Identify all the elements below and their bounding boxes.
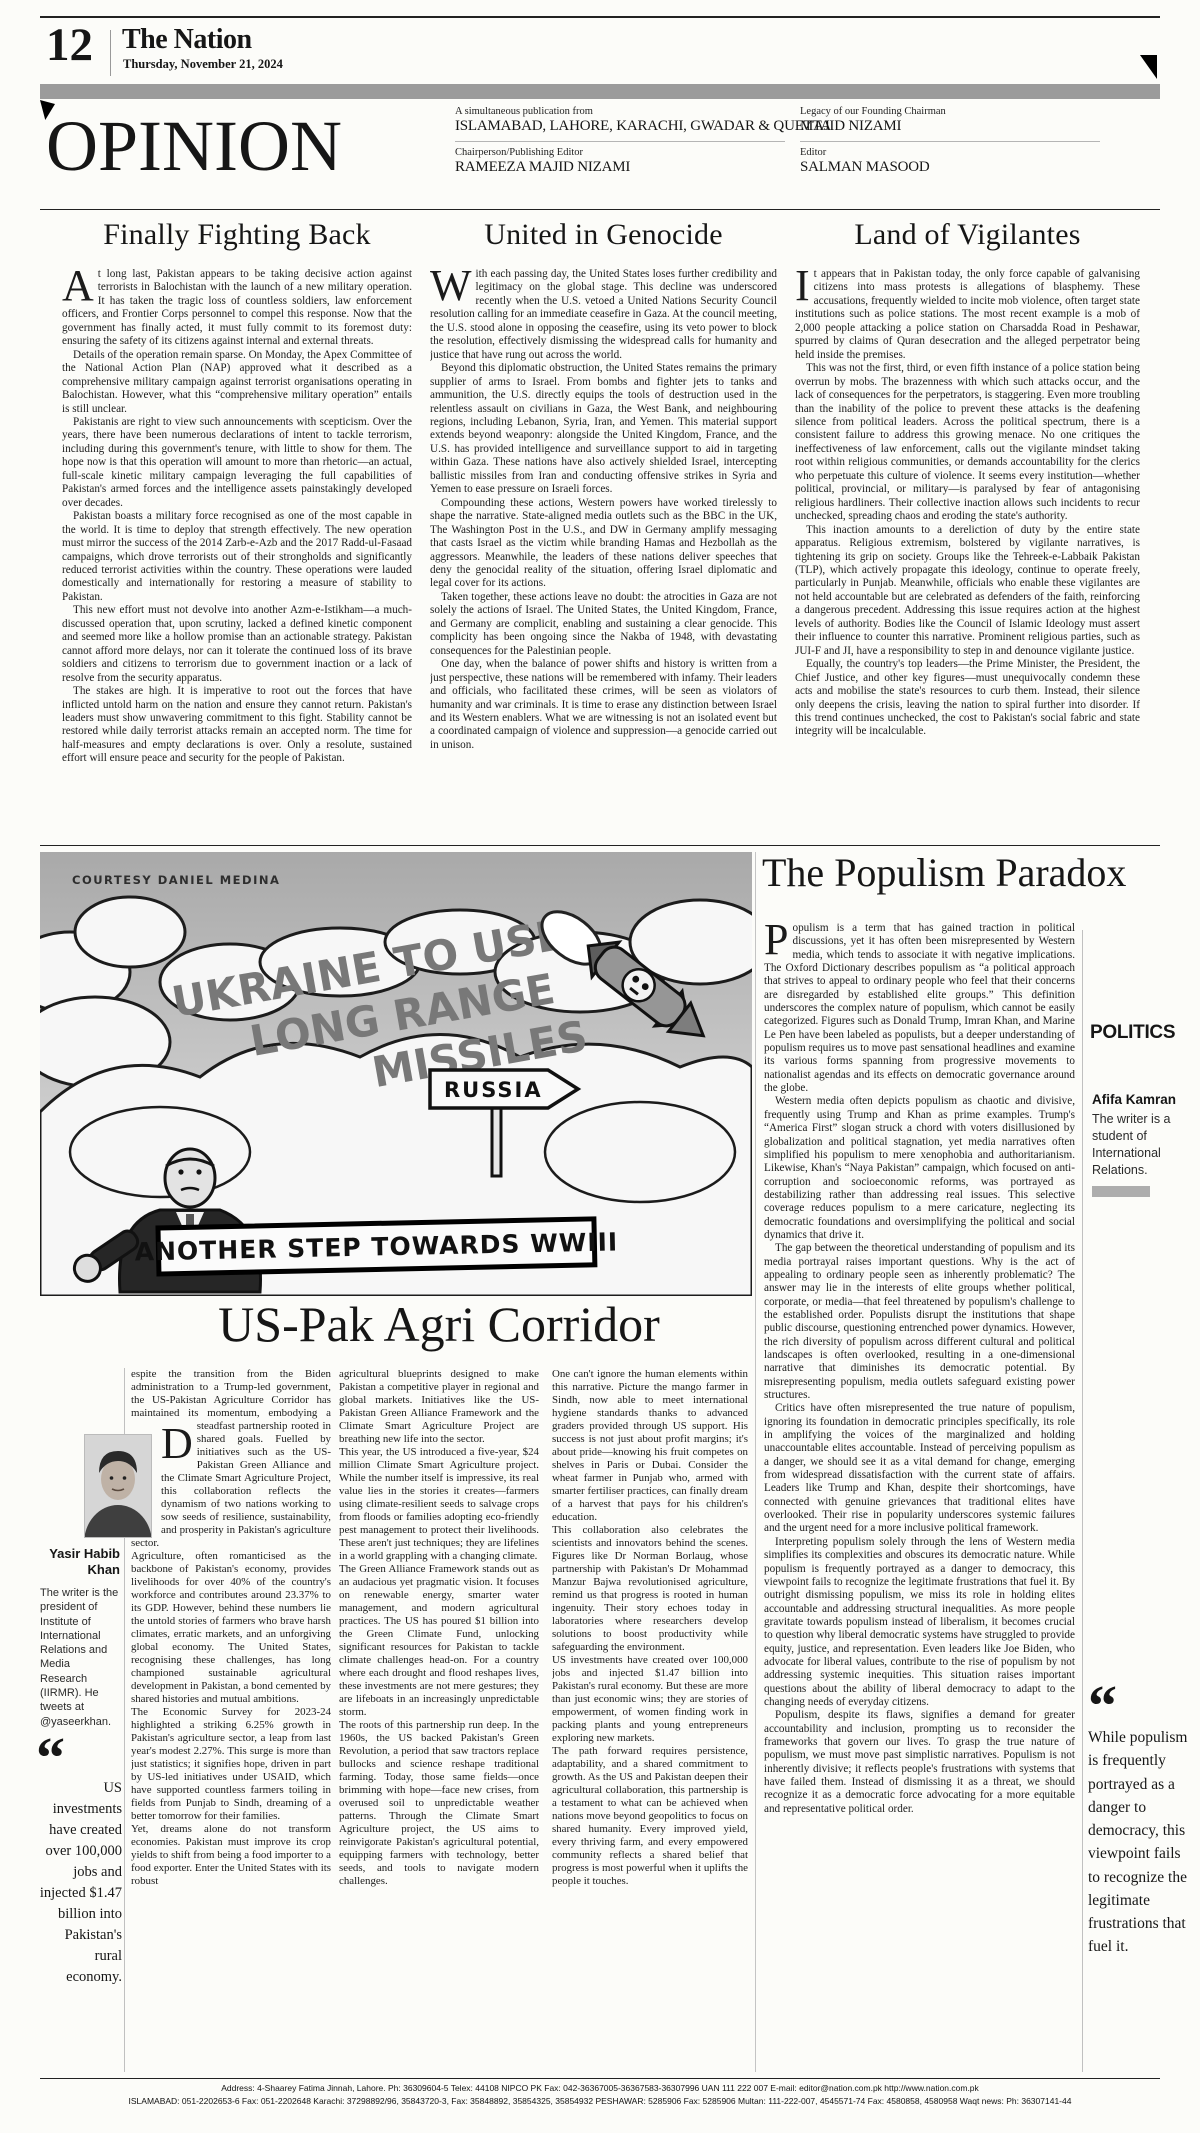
article-united-in-genocide: With each passing day, the United States… [430,268,777,840]
author-gray-bar [1092,1186,1150,1197]
paragraph: One can't ignore the human elements with… [552,1368,748,1524]
populism-pull-quote: “ While populism is frequently portrayed… [1088,1686,1194,1959]
mid-rule [40,845,1160,846]
cartoon-courtesy: COURTESY DANIEL MEDINA [72,873,280,887]
article-land-of-vigilantes: It appears that in Pakistan today, the o… [795,268,1140,840]
header-rule [40,209,1160,210]
paragraph: This year, the US introduced a five-year… [339,1446,539,1563]
agri-column-2: agricultural blueprints designed to make… [339,1368,539,2074]
paragraph: Compounding these actions, Western power… [430,497,777,591]
top-rule [40,16,1160,18]
info-separator [455,141,785,142]
headline-land-of-vigilantes: Land of Vigilantes [795,218,1140,252]
headline-finally-fighting-back: Finally Fighting Back [62,218,412,252]
svg-text:RUSSIA: RUSSIA [444,1078,543,1102]
headline-populism-paradox: The Populism Paradox [762,850,1182,896]
paragraph: This collaboration also celebrates the s… [552,1524,748,1654]
editor-name: SALMAN MASOOD [800,159,1100,176]
author-photo-yasir-habib-khan [84,1434,152,1538]
vertical-divider [755,852,756,2072]
paragraph: The roots of this partnership run deep. … [339,1719,539,1888]
paragraph: This new effort must not devolve into an… [62,604,412,685]
paragraph: Yet, dreams alone do not transform econo… [131,1823,331,1888]
paragraph: This inaction amounts to a dereliction o… [795,524,1140,659]
paragraph: Pakistan boasts a military force recogni… [62,510,412,604]
paragraph: Agriculture, often romanticised as the b… [131,1550,331,1706]
newspaper-brand: The Nation [122,24,252,56]
paragraph: Populism, despite its flaws, signifies a… [764,1709,1075,1816]
section-title: OPINION [46,96,342,196]
founding-chairman-name: MAJID NIZAMI [800,118,1100,135]
paragraph: Pakistanis are right to view such announ… [62,416,412,510]
agri-column-3: One can't ignore the human elements with… [552,1368,748,2074]
paragraph: The Green Alliance Framework stands out … [339,1563,539,1719]
legacy-label: Legacy of our Founding Chairman [800,106,1100,117]
editor-label: Editor [800,147,1100,158]
paragraph: At long last, Pakistan appears to be tak… [62,268,412,349]
cartoon-banner: ANOTHER STEP TOWARDS WWIII [134,1218,618,1274]
populism-rail-rule [1082,930,1083,2072]
author-bio: The writer is a student of International… [1092,1111,1196,1179]
paragraph: The gap between the theoretical understa… [764,1242,1075,1402]
quote-mark-icon: “ [1088,1686,1194,1726]
info-separator [800,141,1100,142]
paragraph: Despite the transition from the Biden ad… [131,1368,331,1550]
author-name: Afifa Kamran [1092,1092,1196,1107]
paragraph: The path forward requires persistence, a… [552,1745,748,1888]
paragraph: Western media often depicts populism as … [764,1095,1075,1242]
paragraph: Equally, the country's top leaders—the P… [795,658,1140,739]
paragraph: agricultural blueprints designed to make… [339,1368,539,1446]
paragraph: This was not the first, third, or even f… [795,362,1140,523]
paragraph: With each passing day, the United States… [430,268,777,362]
issue-date: Thursday, November 21, 2024 [123,57,283,72]
article-finally-fighting-back: At long last, Pakistan appears to be tak… [62,268,412,840]
headline-united-in-genocide: United in Genocide [430,218,777,252]
paragraph: One day, when the balance of power shift… [430,658,777,752]
publication-label: A simultaneous publication from [455,106,785,117]
agri-pull-quote: “ US investments have created over 100,0… [36,1738,122,1988]
page-number: 12 [46,20,93,70]
quote-mark-icon: “ [36,1738,122,1778]
paragraph: The Economic Survey for 2023-24 highligh… [131,1706,331,1823]
footer-address-line: Address: 4-Shaarey Fatima Jinnah, Lahore… [40,2083,1160,2093]
author-bio: The writer is the president of Institute… [40,1586,120,1729]
paragraph: The stakes are high. It is imperative to… [62,685,412,766]
paragraph: Beyond this diplomatic obstruction, the … [430,362,777,497]
chairperson-name: RAMEEZA MAJID NIZAMI [455,159,785,176]
masthead-divider [110,30,111,76]
author-name: Yasir Habib Khan [36,1546,120,1579]
article-populism-paradox: Populism is a term that has gained tract… [764,922,1075,2072]
publication-info-block: A simultaneous publication from ISLAMABA… [455,106,785,176]
paragraph: It appears that in Pakistan today, the o… [795,268,1140,362]
footer-contacts-line: ISLAMABAD: 051-2202653-6 Fax: 051-220264… [40,2096,1160,2106]
corner-flag-icon [1140,55,1157,79]
political-cartoon: UKRAINE TO USE LONG RANGE MISSILES [40,852,752,1296]
chairperson-label: Chairperson/Publishing Editor [455,147,785,158]
paragraph: Populism is a term that has gained tract… [764,922,1075,1095]
pull-quote-text: While populism is frequently portrayed a… [1088,1726,1194,1959]
publication-cities: ISLAMABAD, LAHORE, KARACHI, GWADAR & QUE… [455,118,785,135]
editors-info-block: Legacy of our Founding Chairman MAJID NI… [800,106,1100,176]
paragraph: Taken together, these actions leave no d… [430,591,777,658]
headline-us-pak-agri-corridor: US-Pak Agri Corridor [130,1296,748,1352]
paragraph: Critics have often misrepresented the tr… [764,1402,1075,1535]
agri-column-1: Despite the transition from the Biden ad… [131,1368,331,2074]
pull-quote-text: US investments have created over 100,000… [36,1778,122,1988]
paragraph: Details of the operation remain sparse. … [62,349,412,416]
agri-column-1-text: Despite the transition from the Biden ad… [131,1368,331,1888]
section-label-politics: POLITICS [1090,1022,1175,1044]
author-block-afifa-kamran: Afifa Kamran The writer is a student of … [1092,1092,1196,1197]
footer-rule [40,2078,1160,2079]
paragraph: US investments have created over 100,000… [552,1654,748,1745]
paragraph: Interpreting populism solely through the… [764,1536,1075,1709]
newspaper-page: 12 The Nation Thursday, November 21, 202… [0,0,1200,2133]
